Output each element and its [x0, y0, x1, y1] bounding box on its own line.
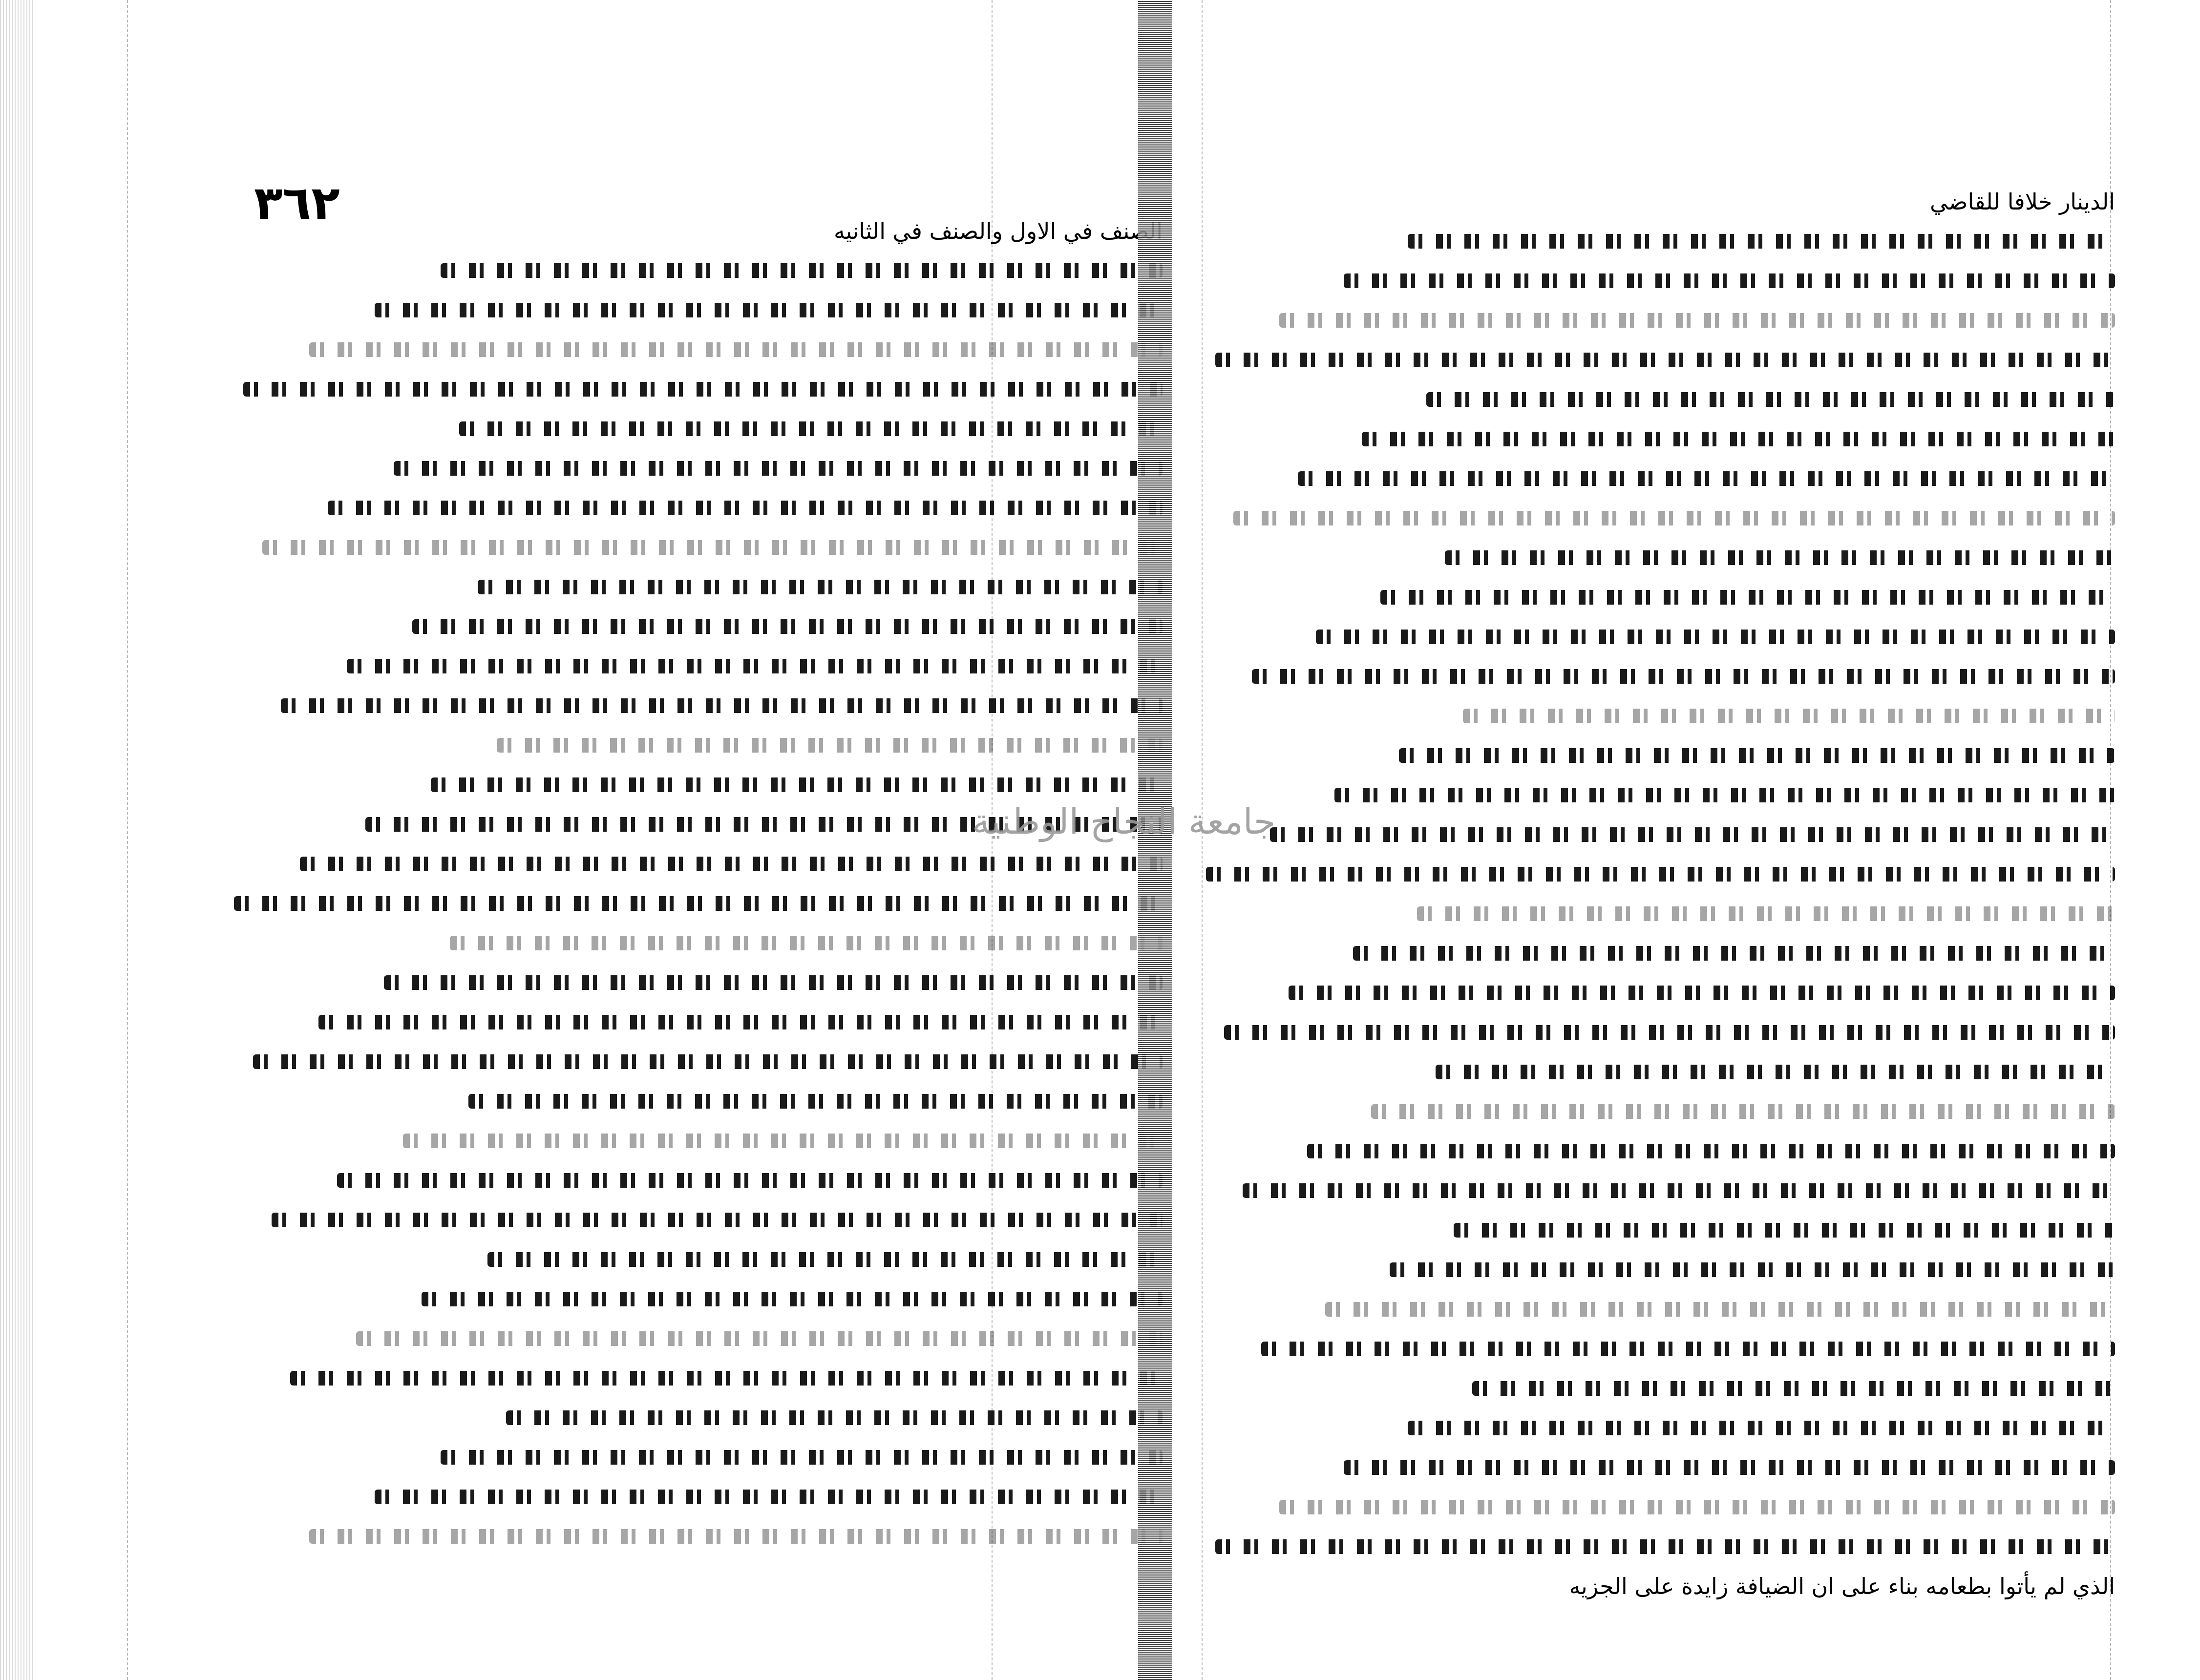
handwriting-ink: [441, 1450, 1163, 1465]
handwriting-ink: [1408, 1421, 2115, 1435]
handwriting-ink: [356, 1331, 1163, 1346]
handwriting-ink: [1279, 313, 2115, 328]
manuscript-line: [1197, 581, 2115, 611]
manuscript-line: [225, 1520, 1163, 1550]
handwriting-ink: [1399, 748, 2115, 763]
handwriting-ink: [318, 1015, 1163, 1029]
manuscript-line: [225, 1046, 1163, 1075]
handwriting-ink: [1325, 1302, 2115, 1317]
manuscript-line: [1197, 977, 2115, 1007]
ruling-line: [127, 0, 128, 1680]
manuscript-line: [225, 1441, 1163, 1471]
handwriting-ink: [422, 1292, 1163, 1306]
manuscript-line: [225, 492, 1163, 522]
manuscript-line: [1197, 1056, 2115, 1086]
handwriting-ink: [394, 461, 1163, 476]
handwriting-ink: [1426, 392, 2115, 407]
manuscript-line: [1197, 1412, 2115, 1442]
left-page-text: الصنف في الاول والصنف في الثانيه: [225, 215, 1163, 1560]
line-excerpt: الذي لم يأتوا بطعامه بناء على ان الضيافة…: [1569, 1573, 2115, 1599]
line-excerpt: الدينار خلافا للقاضي: [1930, 189, 2115, 215]
handwriting-ink: [243, 382, 1163, 397]
manuscript-line: [225, 1323, 1163, 1352]
manuscript-line: [1197, 1372, 2115, 1402]
handwriting-ink: [1445, 550, 2115, 565]
handwriting-ink: [1380, 590, 2115, 605]
watermark: جامعة النجاح الوطنية: [972, 801, 1275, 842]
handwriting-ink: [1243, 1183, 2115, 1198]
scan-edge-left: [0, 0, 34, 1680]
handwriting-ink: [1289, 986, 2115, 1000]
manuscript-line: [1197, 1095, 2115, 1125]
manuscript-line: الدينار خلافا للقاضي: [1197, 186, 2115, 215]
handwriting-ink: [450, 936, 1163, 950]
handwriting-ink: [1362, 432, 2115, 446]
handwriting-ink: [1344, 273, 2115, 288]
manuscript-line: [1197, 739, 2115, 769]
manuscript-line: [225, 729, 1163, 759]
manuscript-spread: ٣٦٢ الصنف في الاول والصنف في الثانيه الد…: [0, 0, 2200, 1680]
manuscript-line: [225, 294, 1163, 324]
handwriting-ink: [1463, 709, 2115, 723]
manuscript-line: [1197, 423, 2115, 453]
manuscript-line: [225, 1283, 1163, 1313]
handwriting-ink: [1270, 827, 2115, 842]
manuscript-line: [225, 848, 1163, 878]
manuscript-line: [225, 413, 1163, 442]
handwriting-ink: [1279, 1500, 2115, 1514]
manuscript-line: [1197, 1135, 2115, 1165]
handwriting-ink: [403, 1134, 1163, 1148]
handwriting-ink: [337, 1173, 1163, 1188]
manuscript-line: [1197, 1254, 2115, 1283]
handwriting-ink: [309, 1529, 1163, 1544]
manuscript-line: [1197, 700, 2115, 730]
handwriting-ink: [1417, 906, 2115, 921]
handwriting-ink: [328, 501, 1163, 515]
handwriting-ink: [1252, 669, 2115, 684]
handwriting-ink: [281, 698, 1163, 713]
manuscript-line: [225, 254, 1163, 284]
manuscript-line: [225, 1125, 1163, 1155]
handwriting-ink: [253, 1054, 1163, 1069]
handwriting-ink: [1390, 1262, 2115, 1277]
manuscript-line: [1197, 265, 2115, 294]
handwriting-ink: [262, 540, 1163, 555]
manuscript-line: [1197, 462, 2115, 492]
manuscript-line: [1197, 1016, 2115, 1046]
manuscript-line: [225, 769, 1163, 798]
manuscript-line: [1197, 660, 2115, 690]
manuscript-line: [225, 1006, 1163, 1036]
manuscript-line: [1197, 1531, 2115, 1560]
manuscript-line: [1197, 1214, 2115, 1244]
manuscript-line: [1197, 225, 2115, 255]
right-page-text: الدينار خلافا للقاضي الذي لم يأتوا بطعام…: [1197, 186, 2115, 1610]
manuscript-line: [1197, 1333, 2115, 1363]
manuscript-line: [225, 373, 1163, 403]
manuscript-line: [225, 610, 1163, 640]
handwriting-ink: [1454, 1223, 2115, 1238]
handwriting-ink: [487, 1252, 1163, 1267]
handwriting-ink: [384, 975, 1163, 990]
handwriting-ink: [347, 659, 1163, 673]
handwriting-ink: [1224, 1025, 2115, 1040]
manuscript-line: [225, 334, 1163, 363]
manuscript-line: [225, 531, 1163, 561]
handwriting-ink: [1436, 1065, 2115, 1079]
manuscript-line: [225, 690, 1163, 719]
manuscript-line: [1197, 1491, 2115, 1521]
handwriting-ink: [412, 619, 1163, 634]
handwriting-ink: [506, 1410, 1163, 1425]
handwriting-ink: [1206, 867, 2115, 882]
handwriting-ink: [1233, 511, 2115, 525]
manuscript-line: [1197, 304, 2115, 334]
handwriting-ink: [1215, 1539, 2115, 1554]
right-page: الدينار خلافا للقاضي الذي لم يأتوا بطعام…: [1172, 0, 2200, 1680]
manuscript-line: الذي لم يأتوا بطعامه بناء على ان الضيافة…: [1197, 1570, 2115, 1600]
manuscript-line: [1197, 1293, 2115, 1323]
manuscript-line: [225, 650, 1163, 680]
manuscript-line: [225, 1402, 1163, 1431]
manuscript-line: الصنف في الاول والصنف في الثانيه: [225, 215, 1163, 245]
manuscript-line: [1197, 1175, 2115, 1204]
manuscript-line: [225, 571, 1163, 601]
manuscript-line: [225, 1243, 1163, 1273]
handwriting-ink: [1371, 1104, 2115, 1119]
handwriting-ink: [1215, 353, 2115, 367]
manuscript-line: [225, 1164, 1163, 1194]
manuscript-line: [225, 927, 1163, 957]
manuscript-line: [1197, 502, 2115, 532]
handwriting-ink: [1316, 630, 2115, 644]
manuscript-line: [225, 1362, 1163, 1392]
handwriting-ink: [478, 580, 1163, 594]
handwriting-ink: [234, 896, 1163, 911]
handwriting-ink: [1353, 946, 2115, 961]
manuscript-line: [225, 452, 1163, 482]
manuscript-line: [1197, 858, 2115, 888]
manuscript-line: [225, 1204, 1163, 1234]
manuscript-line: [1197, 819, 2115, 848]
handwriting-ink: [431, 777, 1163, 792]
handwriting-ink: [375, 303, 1163, 317]
line-excerpt: الصنف في الاول والصنف في الثانيه: [834, 218, 1163, 244]
handwriting-ink: [1334, 788, 2115, 802]
manuscript-line: [1197, 383, 2115, 413]
manuscript-line: [1197, 621, 2115, 651]
handwriting-ink: [441, 263, 1163, 278]
handwriting-ink: [1472, 1381, 2115, 1396]
handwriting-ink: [497, 738, 1163, 753]
manuscript-line: [1197, 779, 2115, 809]
manuscript-line: [1197, 898, 2115, 927]
handwriting-ink: [309, 342, 1163, 357]
manuscript-line: [1197, 937, 2115, 967]
manuscript-line: [1197, 344, 2115, 374]
handwriting-ink: [1344, 1460, 2115, 1475]
handwriting-ink: [375, 1490, 1163, 1504]
handwriting-ink: [300, 857, 1163, 871]
manuscript-line: [225, 1481, 1163, 1511]
manuscript-line: [225, 887, 1163, 917]
handwriting-ink: [1298, 471, 2115, 486]
manuscript-line: [225, 966, 1163, 996]
handwriting-ink: [290, 1371, 1163, 1386]
manuscript-line: [225, 1085, 1163, 1115]
handwriting-ink: [468, 1094, 1163, 1109]
manuscript-line: [1197, 1451, 2115, 1481]
handwriting-ink: [1307, 1144, 2115, 1158]
manuscript-line: [1197, 542, 2115, 571]
handwriting-ink: [1261, 1342, 2115, 1356]
handwriting-ink: [272, 1213, 1163, 1227]
handwriting-ink: [459, 421, 1163, 436]
handwriting-ink: [1408, 234, 2115, 249]
